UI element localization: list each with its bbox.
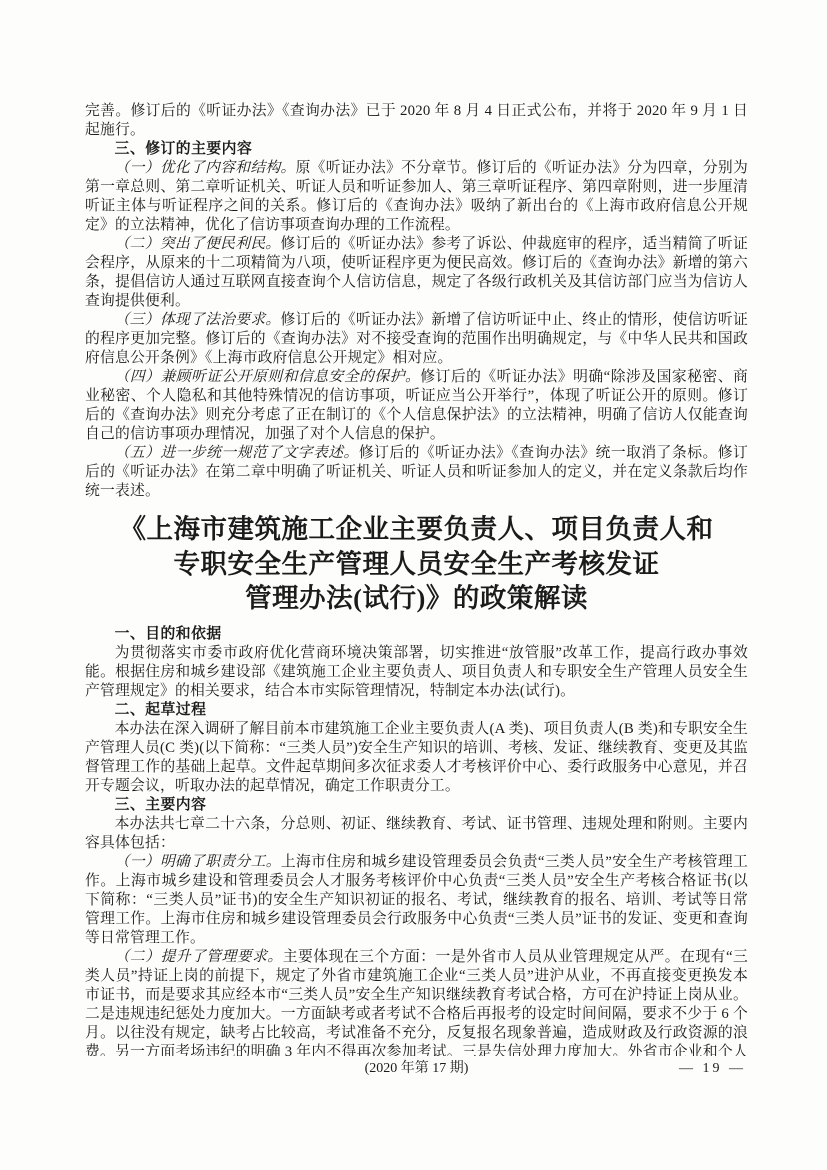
paragraph-lead: （二）提升了管理要求。 — [115, 949, 283, 965]
drafting-paragraph: 本办法在深入调研了解目前本市建筑施工企业主要负责人(A 类)、项目负责人(B 类… — [85, 720, 748, 796]
paragraph-lead: （二）突出了便民利民。 — [115, 236, 281, 252]
heading-main-content: 三、主要内容 — [85, 796, 748, 815]
numbered-paragraph-5: （五）进一步统一规范了文字表述。修订后的《听证办法》《查询办法》统一取消了条标。… — [85, 444, 748, 501]
numbered-paragraph-4: （四）兼顾听证公开原则和信息安全的保护。修订后的《听证办法》明确“除涉及国家秘密… — [85, 368, 748, 444]
page-number: — 19 — — [679, 1060, 746, 1078]
article-title-line-2: 专职安全生产管理人员安全生产考核发证 — [85, 547, 748, 582]
heading-purpose-basis: 一、目的和依据 — [85, 625, 748, 644]
article-title-line-1: 《上海市建筑施工企业主要负责人、项目负责人和 — [85, 512, 748, 547]
purpose-paragraph: 为贯彻落实市委市政府优化营商环境决策部署，切实推进“放管服”改革工作，提高行政办… — [85, 644, 748, 701]
numbered-paragraph-2: （二）突出了便民利民。修订后的《听证办法》参考了诉讼、仲裁庭审的程序，适当精简了… — [85, 235, 748, 311]
page-body: 完善。修订后的《听证办法》《查询办法》已于 2020 年 8 月 4 日正式公布… — [85, 102, 748, 1056]
numbered-paragraph-3: （三）体现了法治要求。修订后的《听证办法》新增了信访听证中止、终止的情形，使信访… — [85, 311, 748, 368]
page-footer: (2020 年第 17 期) — 19 — — [85, 1060, 748, 1078]
paragraph-lead: （四）兼顾听证公开原则和信息安全的保护。 — [115, 369, 421, 385]
main-content-item-1: （一）明确了职责分工。上海市住房和城乡建设管理委员会负责“三类人员”安全生产考核… — [85, 853, 748, 948]
paragraph-lead: （五）进一步统一规范了文字表述。 — [115, 445, 359, 461]
main-content-intro: 本办法共七章二十六条，分总则、初证、继续教育、考试、证书管理、违规处理和附则。主… — [85, 815, 748, 853]
article-title: 《上海市建筑施工企业主要负责人、项目负责人和 专职安全生产管理人员安全生产考核发… — [85, 512, 748, 616]
heading-drafting-process: 二、起草过程 — [85, 701, 748, 720]
paragraph-lead: （一）明确了职责分工。 — [115, 854, 281, 870]
heading-revision-main-content: 三、修订的主要内容 — [85, 140, 748, 159]
continuation-paragraph: 完善。修订后的《听证办法》《查询办法》已于 2020 年 8 月 4 日正式公布… — [85, 102, 748, 140]
numbered-paragraph-1: （一）优化了内容和结构。原《听证办法》不分章节。修订后的《听证办法》分为四章，分… — [85, 159, 748, 235]
document-page: { "prev_article": { "continuation": "完善。… — [0, 0, 827, 1170]
paragraph-lead: （一）优化了内容和结构。 — [115, 160, 296, 176]
issue-label: (2020 年第 17 期) — [85, 1060, 748, 1078]
main-content-item-2: （二）提升了管理要求。主要体现在三个方面：一是外省市人员从业管理规定从严。在现有… — [85, 948, 748, 1057]
paragraph-lead: （三）体现了法治要求。 — [115, 312, 281, 328]
article-title-line-3: 管理办法(试行)》的政策解读 — [85, 581, 748, 616]
